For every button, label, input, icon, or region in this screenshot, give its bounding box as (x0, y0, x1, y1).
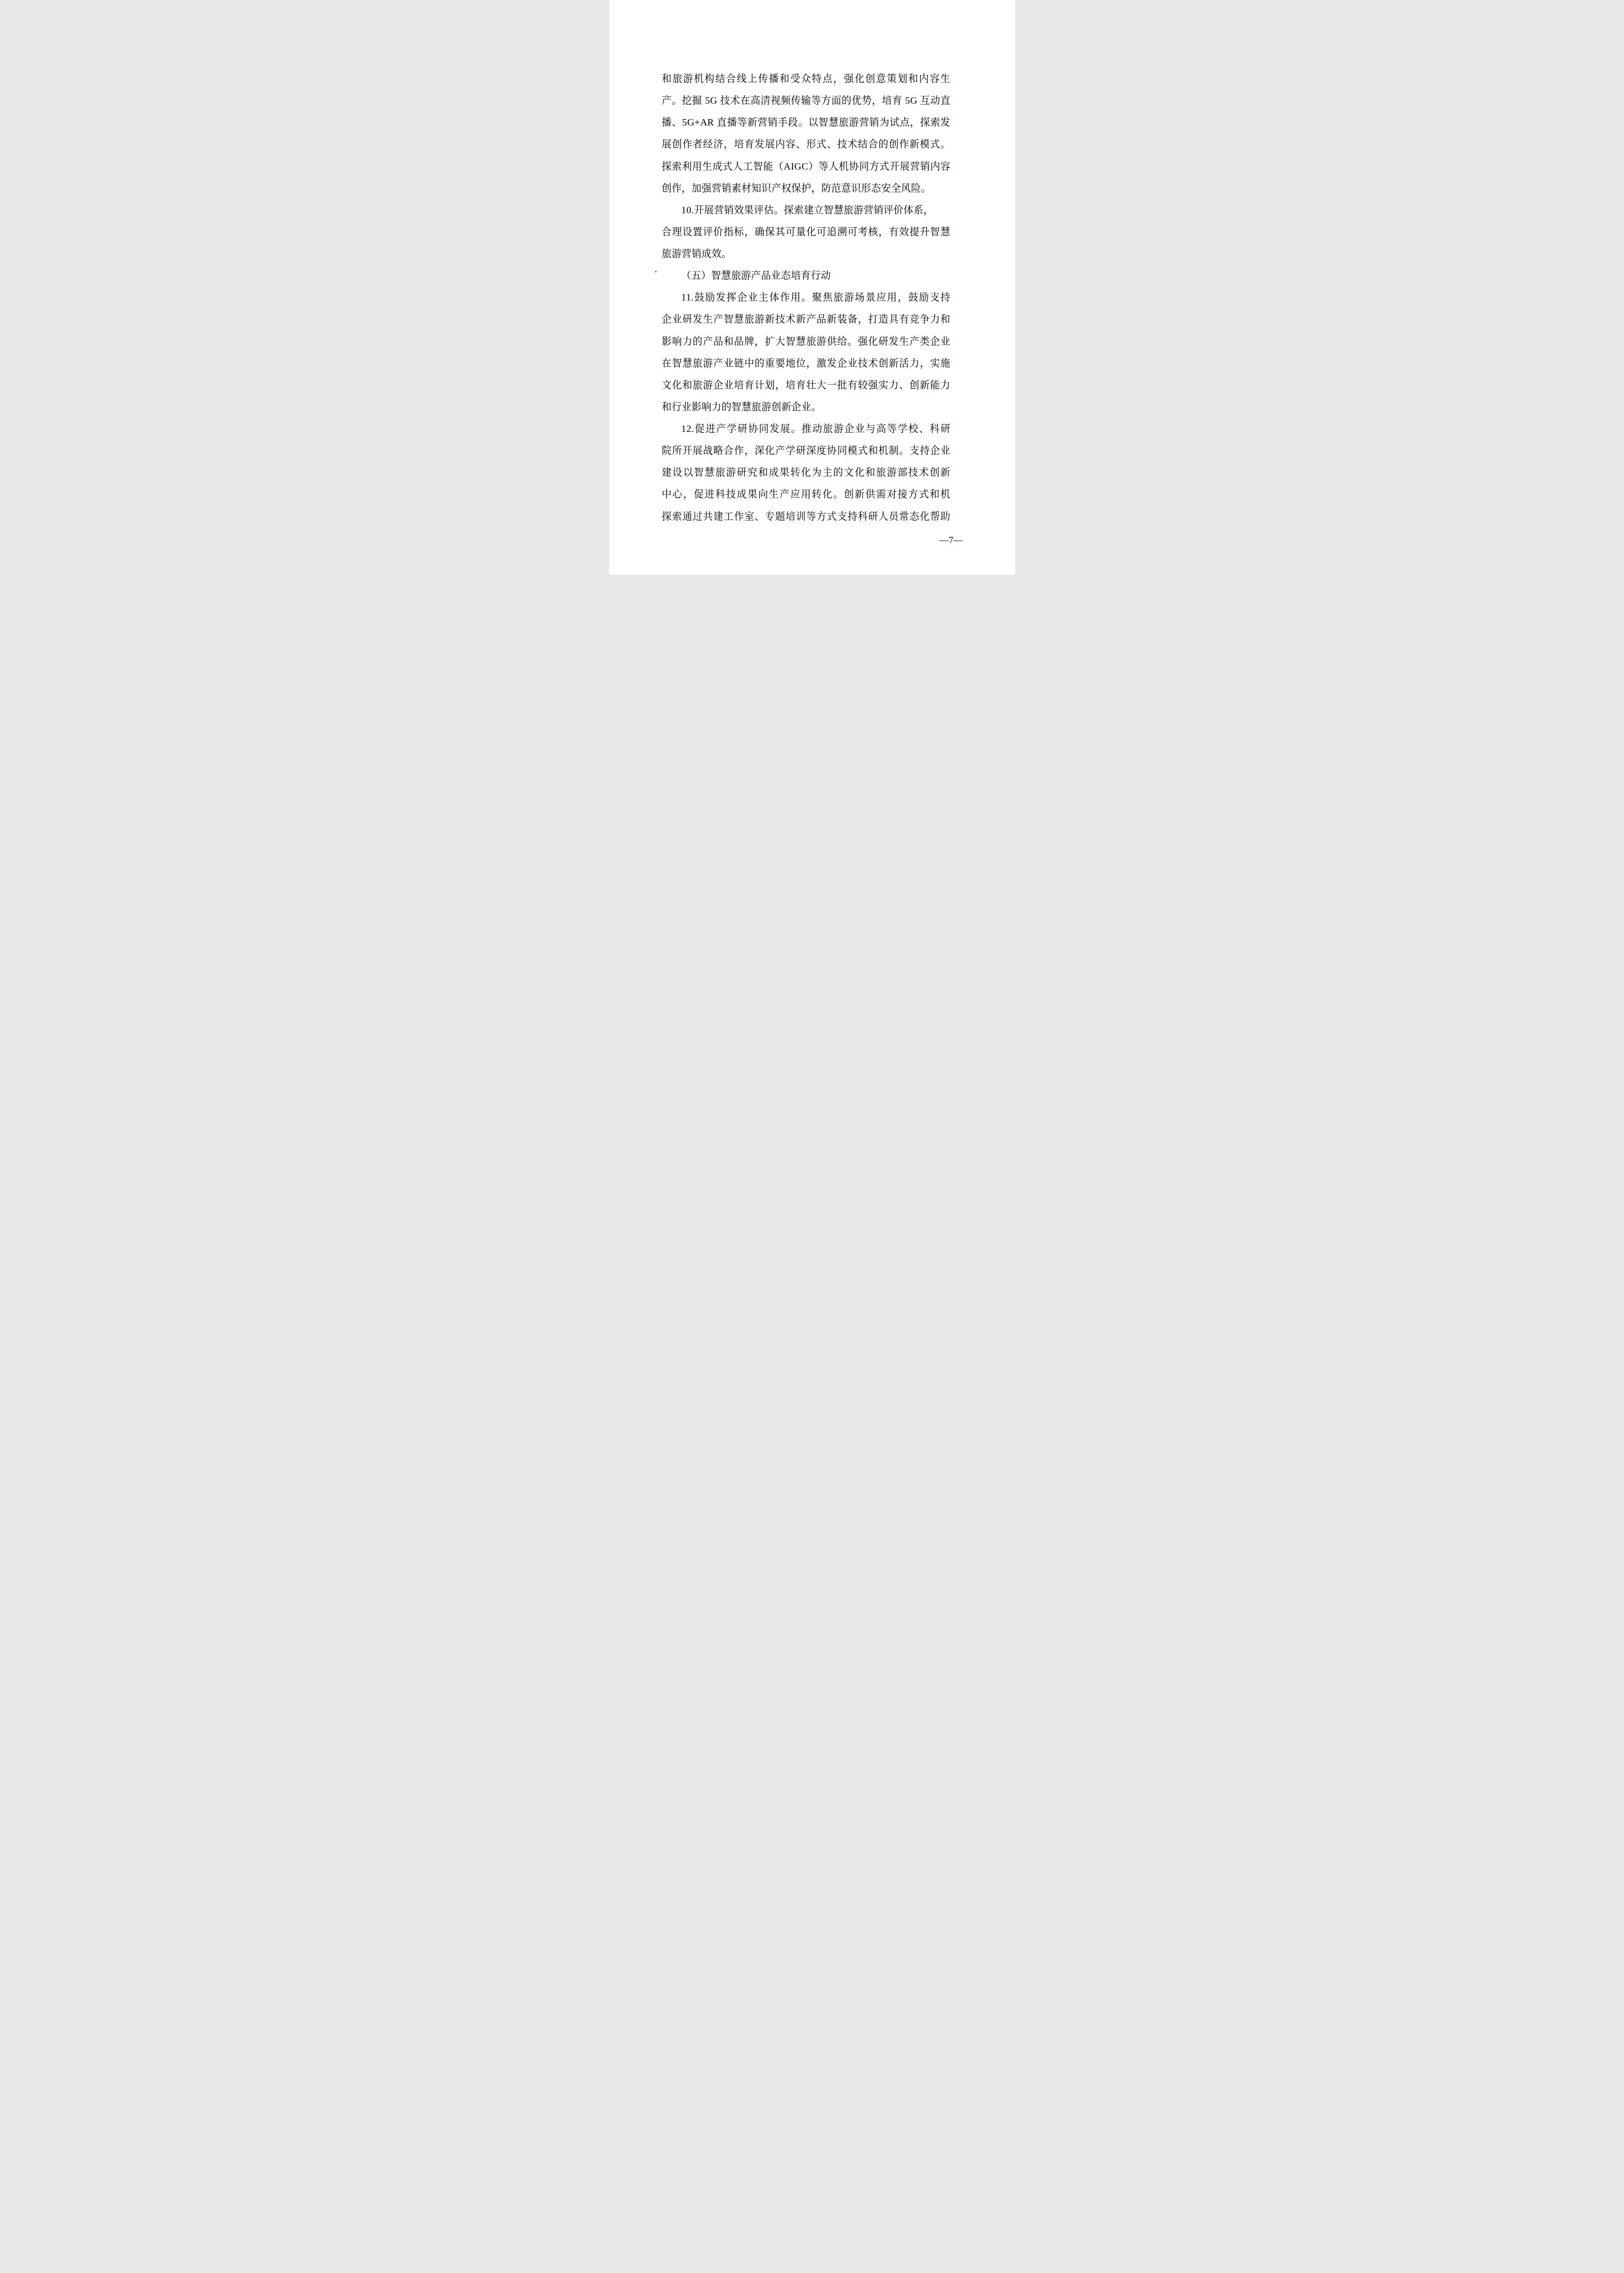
paragraph-start-line: 10.开展营销效果评估。探索建立智慧旅游营销评价体系， (662, 199, 951, 221)
text-line: 企业研发生产智慧旅游新技术新产品新装备，打造具有竞争力和 (662, 308, 951, 330)
text-line: 展创作者经济，培育发展内容、形式、技术结合的创作新模式。 (662, 133, 951, 155)
text-line: 影响力的产品和品牌，扩大智慧旅游供给。强化研发生产类企业 (662, 330, 951, 352)
paragraph-start-line: 11.鼓励发挥企业主体作用。聚焦旅游场景应用，鼓励支持 (662, 286, 951, 308)
text-line: 探索通过共建工作室、专题培训等方式支持科研人员常态化帮助 (662, 506, 951, 527)
text-line: 产。挖掘 5G 技术在高清视频传输等方面的优势，培育 5G 互动直 (662, 90, 951, 111)
text-line: 播、5G+AR 直播等新营销手段。以智慧旅游营销为试点，探索发 (662, 111, 951, 133)
paragraph-end-line: 和行业影响力的智慧旅游创新企业。 (662, 396, 951, 418)
text-line: 文化和旅游企业培育计划，培育壮大一批有较强实力、创新能力 (662, 374, 951, 396)
document-page: 和旅游机构结合线上传播和受众特点，强化创意策划和内容生 产。挖掘 5G 技术在高… (609, 0, 1015, 575)
text-line: 院所开展战略合作，深化产学研深度协同模式和机制。支持企业 (662, 440, 951, 461)
text-line: 和旅游机构结合线上传播和受众特点，强化创意策划和内容生 (662, 68, 951, 90)
text-line: 合理设置评价指标，确保其可量化可追溯可考核，有效提升智慧 (662, 221, 951, 243)
paragraph-end-line: 旅游营销成效。 (662, 243, 951, 265)
text-line: 建设以智慧旅游研究和成果转化为主的文化和旅游部技术创新 (662, 461, 951, 483)
text-line: 中心，促进科技成果向生产应用转化。创新供需对接方式和机制， (662, 483, 951, 505)
paragraph-start-line: 12.促进产学研协同发展。推动旅游企业与高等学校、科研 (662, 418, 951, 440)
text-line: 探索利用生成式人工智能（AIGC）等人机协同方式开展营销内容 (662, 155, 951, 177)
page-number: —7— (939, 536, 962, 546)
text-line: 在智慧旅游产业链中的重要地位，激发企业技术创新活力，实施 (662, 352, 951, 374)
section-heading: （五）智慧旅游产品业态培育行动 (662, 265, 951, 286)
text-line: 创作，加强营销素材知识产权保护，防范意识形态安全风险。 (662, 177, 951, 199)
body-text: 和旅游机构结合线上传播和受众特点，强化创意策划和内容生 产。挖掘 5G 技术在高… (662, 68, 951, 527)
scan-artifact-dot (655, 271, 657, 272)
